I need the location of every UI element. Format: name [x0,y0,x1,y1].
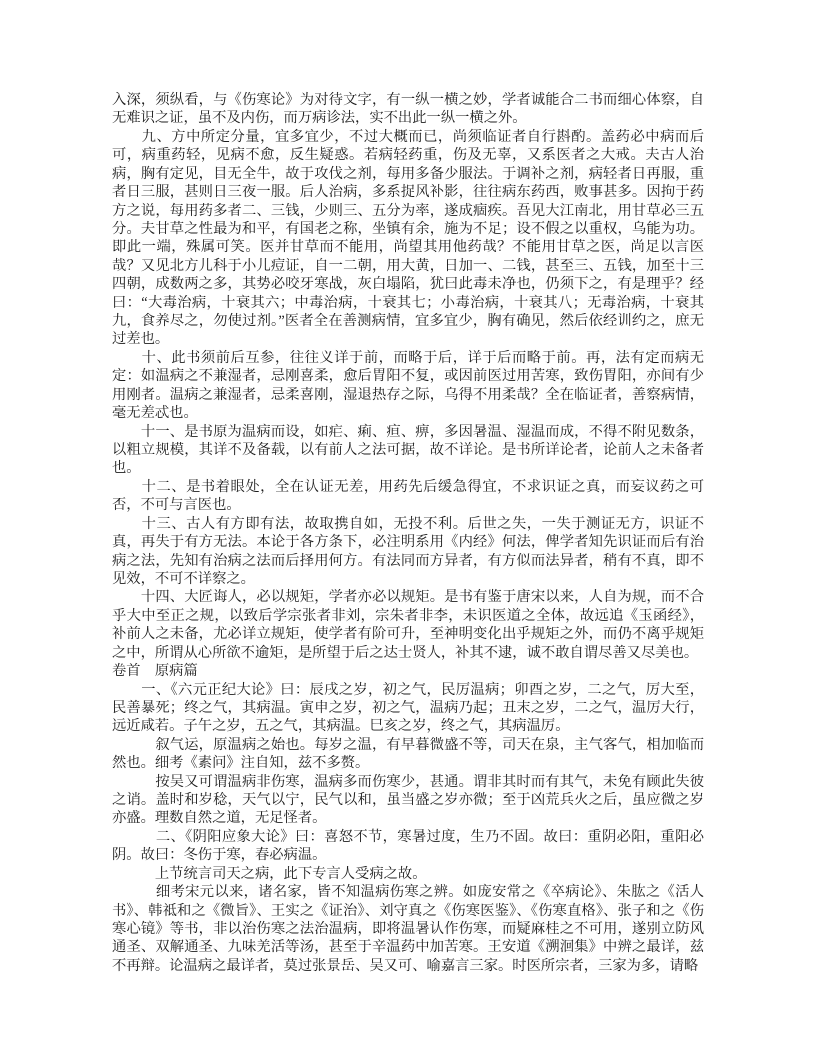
paragraph-section-1: 一、《六元正纪大论》曰：辰戌之岁，初之气，民厉温病；卯酉之岁，二之气，厉大至，民… [112,681,704,736]
paragraph-commentary-4: 细考宋元以来，诸名家，皆不知温病伤寒之辨。如庞安常之《卒病论》、朱肱之《活人书》… [112,883,704,975]
section-heading: 卷首 原病篇 [112,662,704,680]
paragraph-section-2: 二、《阴阳应象大论》曰：喜怒不节，寒暑过度，生乃不固。故曰：重阴必阳，重阳必阴。… [112,828,704,865]
paragraph-commentary-1: 叙气运，原温病之始也。每岁之温，有早暮微盛不等，司天在泉，主气客气，相加临而然也… [112,736,704,773]
paragraph-item-13: 十三、古人有方即有法，故取携自如，无投不利。后世之失，一失于测证无方，识证不真，… [112,515,704,589]
paragraph-commentary-2: 按吴又可谓温病非伤寒，温病多而伤寒少，甚通。谓非其时而有其气，未免有顾此失彼之诮… [112,773,704,828]
paragraph-item-14: 十四、大匠诲人，必以规矩，学者亦必以规矩。是书有鉴于唐宋以来，人自为规，而不合乎… [112,588,704,662]
paragraph-item-12: 十二、是书着眼处，全在认证无差，用药先后缓急得宜，不求识证之真，而妄议药之可否，… [112,478,704,515]
paragraph-item-10: 十、此书须前后互参，往往义详于前，而略于后，详于后而略于前。再，法有定而病无定：… [112,349,704,423]
paragraph-commentary-3: 上节统言司天之病，此下专言人受病之故。 [112,865,704,883]
paragraph-continuation: 入深，须纵看，与《伤寒论》为对待文字，有一纵一横之妙，学者诚能合二书而细心体察，… [112,91,704,128]
paragraph-item-9: 九、方中所定分量，宜多宜少，不过大概而已，尚须临证者自行斟酌。盖药必中病而后可，… [112,128,704,349]
text-block: 入深，须纵看，与《伤寒论》为对待文字，有一纵一横之妙，学者诚能合二书而细心体察，… [112,91,704,975]
document-page: 入深，须纵看，与《伤寒论》为对待文字，有一纵一横之妙，学者诚能合二书而细心体察，… [0,0,816,1056]
paragraph-item-11: 十一、是书原为温病而设，如疟、痢、疸、痹，多因暑温、湿温而成，不得不附见数条，以… [112,423,704,478]
